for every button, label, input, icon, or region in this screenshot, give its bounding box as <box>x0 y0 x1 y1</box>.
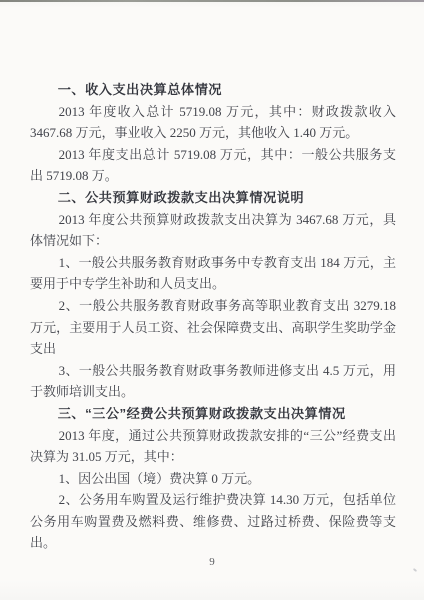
page-number: 9 <box>0 556 424 568</box>
scanned-document-page: 一、收入支出决算总体情况 2013 年度收入总计 5719.08 万元，其中：财… <box>0 0 424 600</box>
section-heading-three-public-funds: 三、“三公”经费公共预算财政拨款支出决算情况 <box>30 403 396 425</box>
section-heading-overview: 一、收入支出决算总体情况 <box>30 79 396 101</box>
section-heading-budget-expenditure: 二、公共预算财政拨款支出决算情况说明 <box>30 187 396 209</box>
paragraph-three-public-total: 2013 年度，通过公共预算财政拨款安排的“三公”经费支出决算为 31.05 万… <box>30 425 396 468</box>
paragraph-item-secondary-education: 1、一般公共服务教育财政事务中专教育支出 184 万元，主要用于中专学生补助和人… <box>30 252 396 295</box>
paragraph-item-overseas-trips: 1、因公出国（境）费决算 0 万元。 <box>30 468 396 490</box>
paragraph-expenditure-total: 2013 年度支出总计 5719.08 万元，其中：一般公共服务支出 5719.… <box>30 144 396 187</box>
paragraph-item-official-vehicles: 2、公务用车购置及运行维护费决算 14.30 万元，包括单位公务用车购置费及燃料… <box>30 489 396 554</box>
document-body: 一、收入支出决算总体情况 2013 年度收入总计 5719.08 万元，其中：财… <box>30 79 396 554</box>
scan-edge-artifact <box>0 0 424 2</box>
paragraph-revenue-total: 2013 年度收入总计 5719.08 万元，其中：财政拨款收入 3467.68… <box>30 101 396 144</box>
paragraph-item-higher-vocational: 2、一般公共服务教育财政事务高等职业教育支出 3279.18 万元，主要用于人员… <box>30 295 396 360</box>
paragraph-budget-expenditure-total: 2013 年度公共预算财政拨款支出决算为 3467.68 万元，具体情况如下： <box>30 209 396 252</box>
scan-speck-artifact <box>413 568 417 572</box>
paragraph-item-teacher-training: 3、一般公共服务教育财政事务教师进修支出 4.5 万元，用于教师培训支出。 <box>30 360 396 403</box>
